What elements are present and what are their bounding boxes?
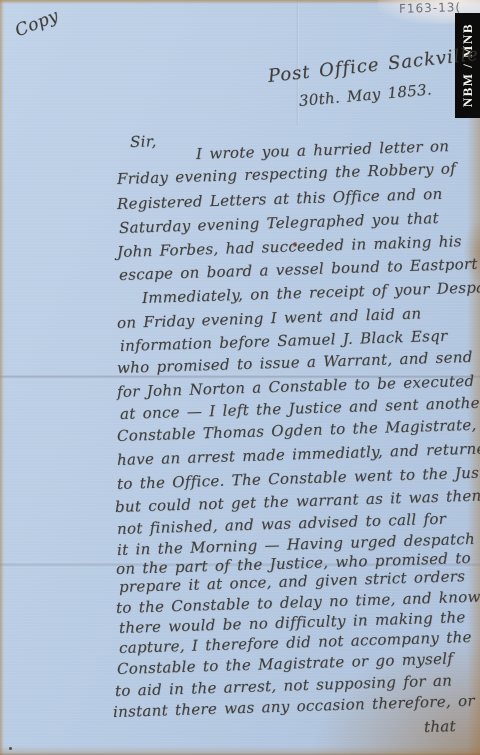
handwriting-line-7: Immediately, on the receipt of your Desp…	[142, 277, 480, 307]
handwriting-line-3: Registered Letters at this Office and on	[117, 185, 443, 213]
copy-annotation: Copy	[12, 6, 61, 41]
letter-date: 30th. May 1853.	[298, 80, 432, 110]
salutation: Sir,	[130, 132, 157, 151]
paper-speck-dark	[9, 747, 12, 750]
handwriting-line-8: on Friday evening I went and laid an	[117, 304, 422, 332]
archival-photo: F163-13( NBM / MNB Copy Post Office Sack…	[0, 0, 480, 755]
handwriting-line-2: Friday evening respecting the Robbery of	[117, 159, 457, 188]
catchword: that	[424, 717, 456, 736]
reference-number: F163-13(	[399, 0, 461, 16]
paper-edge-left	[0, 0, 4, 755]
handwriting-line-1: I wrote you a hurried letter on	[196, 137, 450, 163]
handwriting-line-4: Saturday evening Telegraphed you that	[119, 209, 439, 237]
